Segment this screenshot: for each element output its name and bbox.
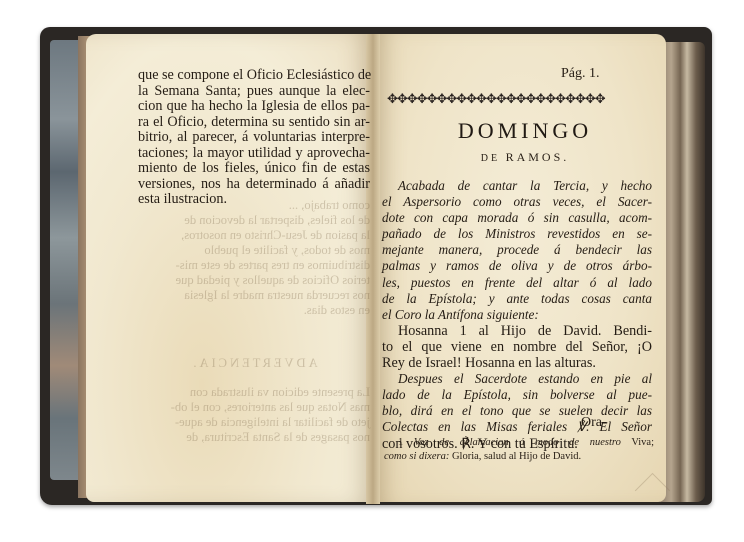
footnote-line: 1 Voz de aclamacion á modo de nuestro Vi… <box>384 436 654 450</box>
text-line: que se compone el Oficio Eclesiástico de <box>138 68 370 84</box>
text-line: les, puestos en frente del altar ó al la… <box>382 275 652 291</box>
page-number: Pág. 1. <box>561 66 600 82</box>
text-line: miento de los fieles, único fin de estas <box>138 161 370 177</box>
page-block-edge-right <box>660 42 705 502</box>
footnote-marker: 1 <box>384 437 403 448</box>
bleed-line: de los fieles, dispertar la devocion de <box>138 213 370 228</box>
bleed-line: nos recuerda nuestra madre la Iglesia <box>138 288 370 303</box>
text-line: Acabada de cantar la Tercia, y hecho <box>382 178 652 194</box>
rubric-paragraph: Acabada de cantar la Tercia, y hecho el … <box>382 178 652 323</box>
text-line: bitrio, al parecer, á voluntarias interp… <box>138 130 370 146</box>
text-line: taciones; la mayor utilidad y aprovecha- <box>138 146 370 162</box>
bleed-heading: ADVERTENCIA. <box>138 356 370 371</box>
footnote-roman: Viva; <box>631 437 654 448</box>
text-line: pañado de los Ministros revestidos en se… <box>382 226 652 242</box>
text-line: de la Epístola; y ante todas cosas canta <box>382 291 652 307</box>
bleed-line: nos pasages de la Santa Escritura, de <box>138 430 370 445</box>
text-line: ra el Oficio, determina su sentido sin a… <box>138 115 370 131</box>
text-line: Rey de Israel! Hosanna en las alturas. <box>382 355 652 371</box>
text-line: la Semana Santa; pues aunque la elec- <box>138 84 370 100</box>
text-line: el Aspersorio como otras veces, el Sacer… <box>382 194 652 210</box>
bleed-line: la pasion de Jesu-Christo en nosotros, <box>138 228 370 243</box>
text-line: mejante manera, procede á bendecir las <box>382 242 652 258</box>
text-line: dote con capa morada ó sin casulla, acom… <box>382 210 652 226</box>
text-line: el Coro la Antífona siguiente: <box>382 307 652 323</box>
text-line: cion que ha hecho la Iglesia de ellos pa… <box>138 99 370 115</box>
footnote-roman: Gloria, salud al Hijo de David. <box>452 451 581 462</box>
bleed-line: distribuimos en tres partes de este mis- <box>138 258 370 273</box>
bleed-line: terios Oficios de aquellos y piedad que <box>138 273 370 288</box>
text-line: to el que viene en nombre del Señor, ¡O <box>382 339 652 355</box>
text-line: Despues el Sacerdote estando en pie al <box>382 371 652 387</box>
chapter-subtitle: DE RAMOS. <box>380 150 670 165</box>
chapter-title: DOMINGO <box>380 118 670 144</box>
text-line: blo, dirá en el tono que se suelen decir… <box>382 403 652 419</box>
bleed-through-text: como trabajo, ... de los fieles, dispert… <box>138 198 370 445</box>
text-line: lado de la Epístola, sin bolverse al pue… <box>382 387 652 403</box>
antiphon-paragraph: Hosanna 1 al Hijo de David. Bendi- to el… <box>382 323 652 371</box>
catchword: Ora- <box>581 415 607 431</box>
subtitle-main: RAMOS. <box>506 150 570 164</box>
text-line: Hosanna 1 al Hijo de David. Bendi- <box>382 323 652 339</box>
footnote: 1 Voz de aclamacion á modo de nuestro Vi… <box>384 436 654 463</box>
bleed-line: mas Notas que las anteriores, con el ob- <box>138 400 370 415</box>
subtitle-prefix: DE <box>481 153 500 164</box>
left-page-text: que se compone el Oficio Eclesiástico de… <box>138 68 370 208</box>
text-line: versiones, nos ha determinado á añadir <box>138 177 370 193</box>
footnote-italic: Voz de aclamacion á modo de nuestro <box>414 437 621 448</box>
ornamental-border-icon: ✥✥✥✥✥✥✥✥✥✥✥✥✥✥✥✥✥✥✥✥✥✥ <box>387 91 656 107</box>
footnote-italic: como si dixera: <box>384 451 449 462</box>
bleed-line: jeto de facilitar la inteligencia de aqu… <box>138 415 370 430</box>
footnote-line: como si dixera: Gloria, salud al Hijo de… <box>384 450 654 464</box>
text-line: palmas y ramos de oliva y de otros árbo- <box>382 258 652 274</box>
bleed-line: La presente edicion va ilustrada con <box>138 385 370 400</box>
bleed-line: en estos dias. <box>138 303 370 318</box>
text-line: Colectas en las Misas feriales ℣. El Señ… <box>382 419 652 435</box>
right-page-text: Acabada de cantar la Tercia, y hecho el … <box>382 178 652 452</box>
text-line: esta ilustracion. <box>138 192 370 208</box>
bleed-line: mos de todos, y facilite el pueblo <box>138 243 370 258</box>
